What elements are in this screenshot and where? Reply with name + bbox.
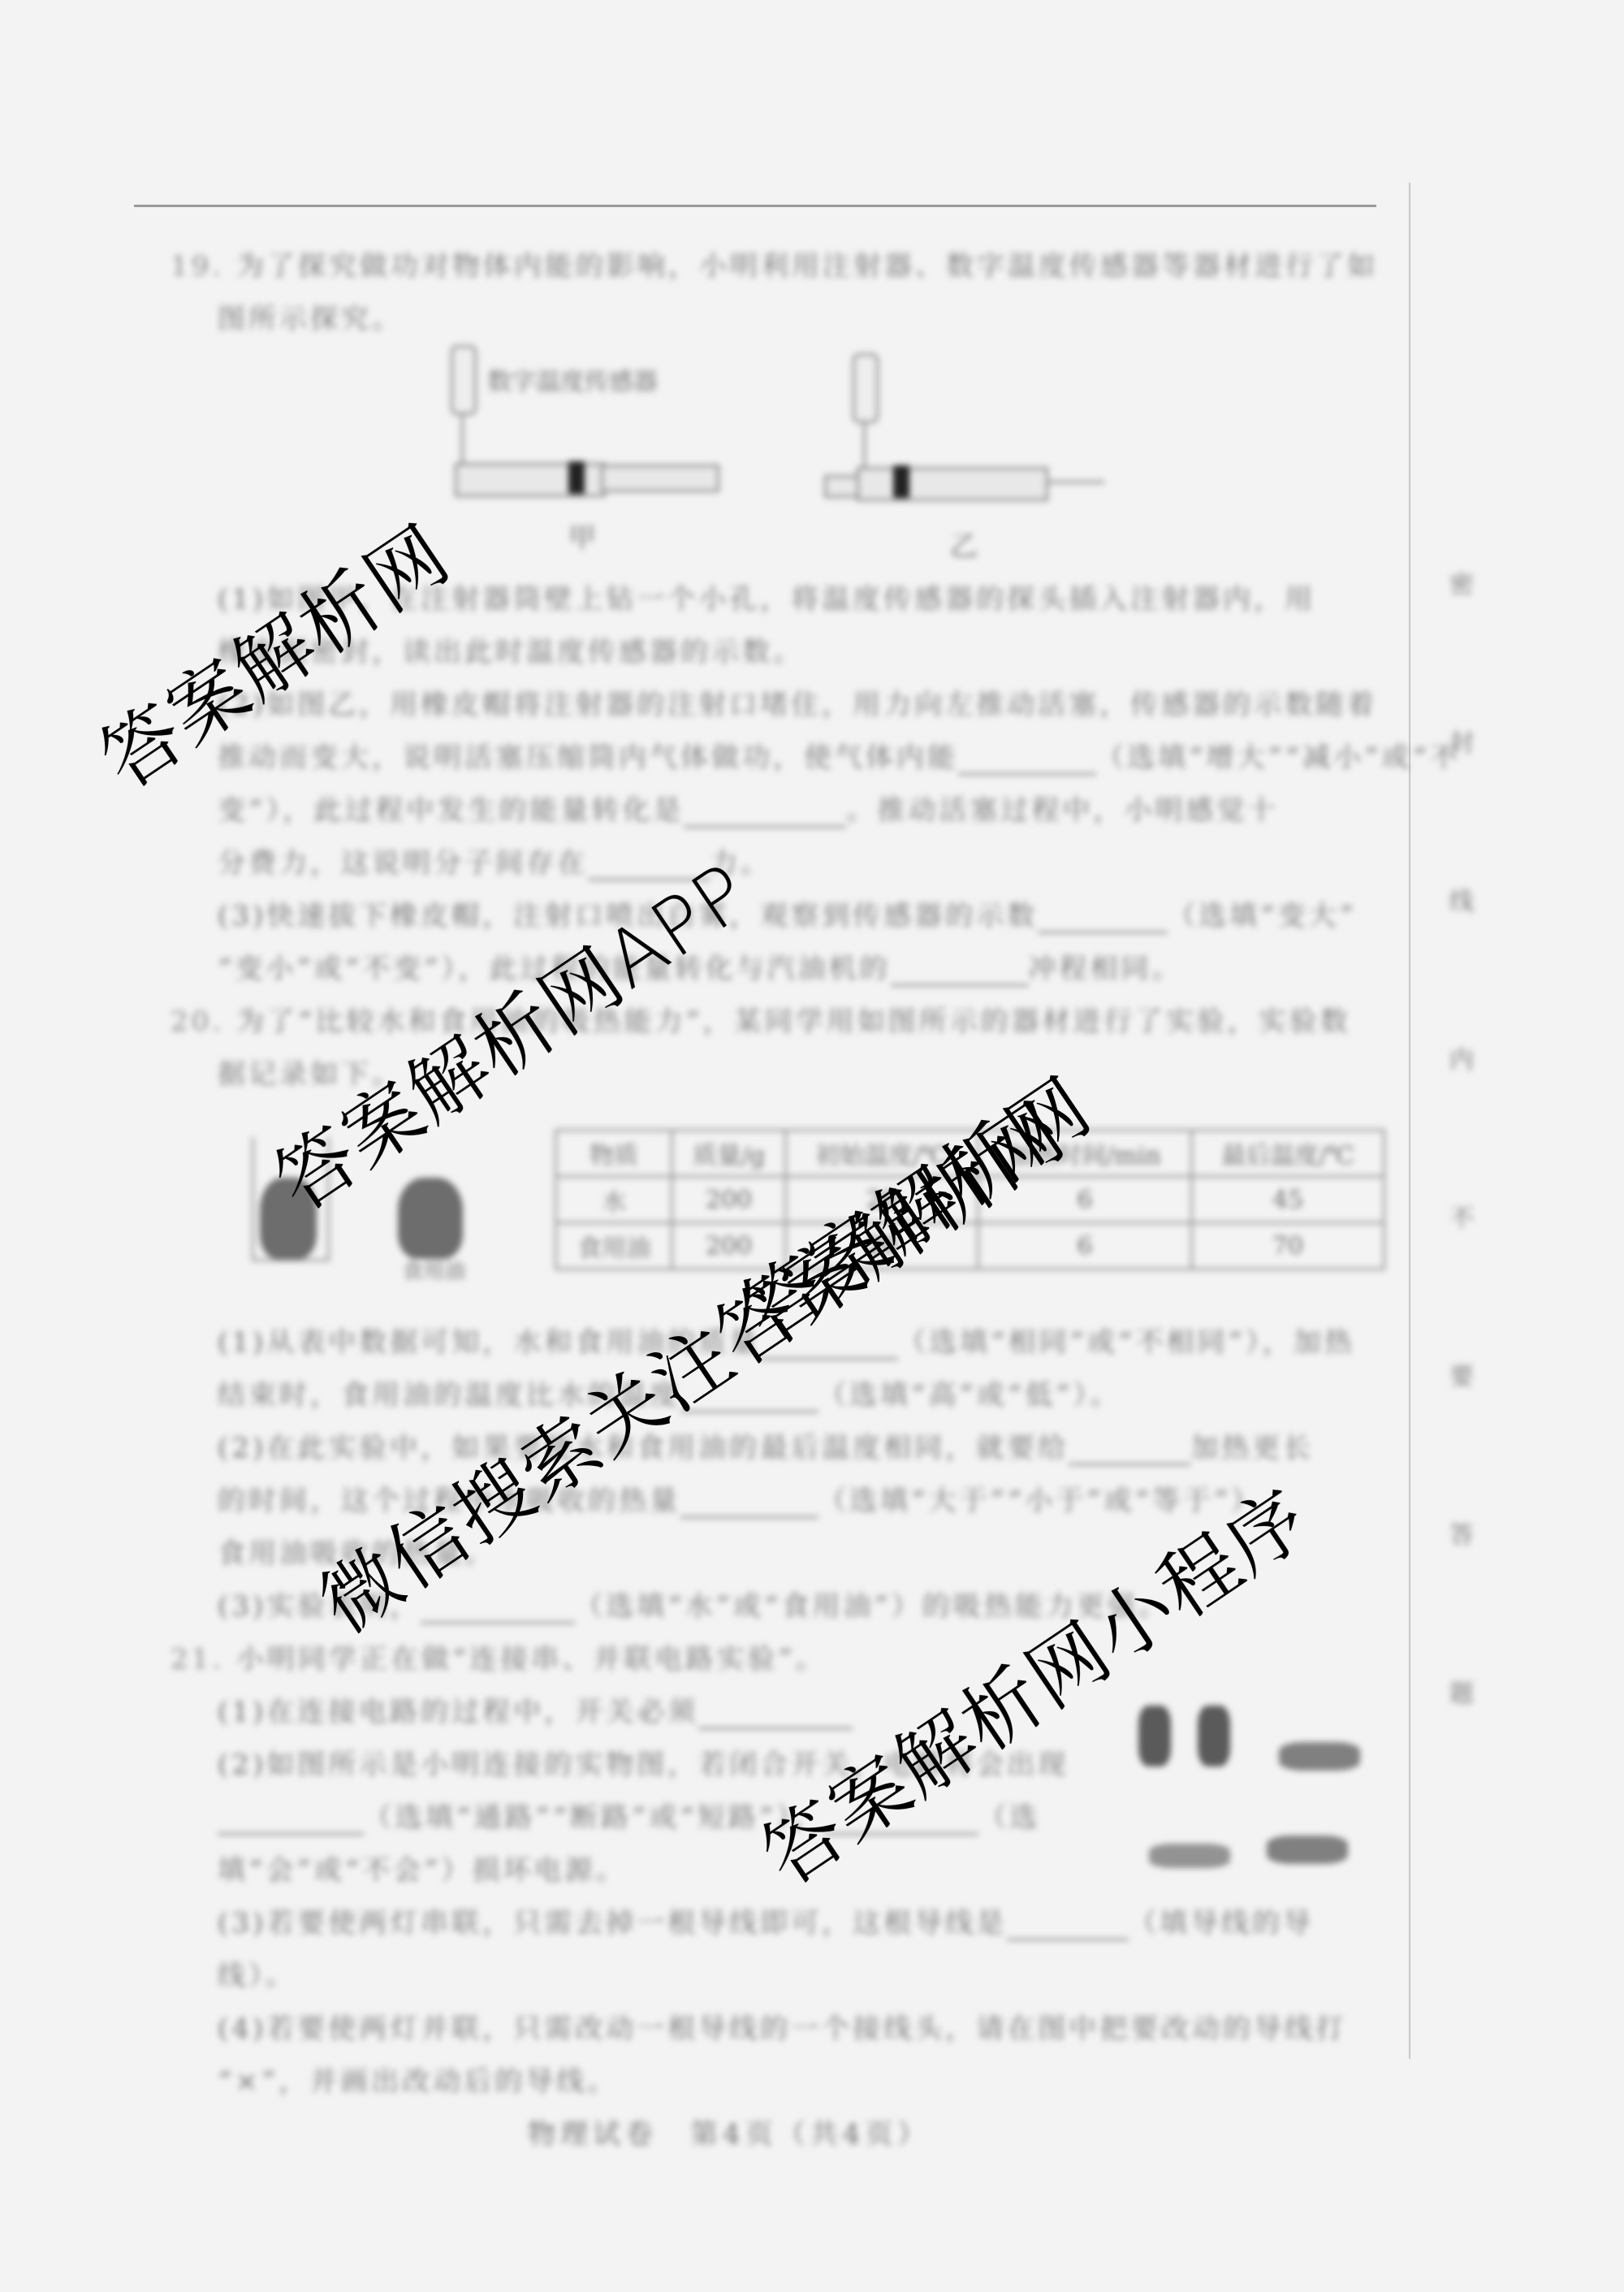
beaker-oil-icon <box>398 1178 463 1259</box>
answer-blank[interactable] <box>1038 907 1168 933</box>
answer-blank[interactable] <box>218 1809 364 1835</box>
bulb-l1-icon <box>1279 1742 1360 1771</box>
figure-label-a: 甲 <box>568 516 596 556</box>
q19-part3: (3)快速拔下橡皮帽，注射口喷出白雾，观察到传感器的示数（选填“变大” <box>218 893 1357 933</box>
bulb-l2-icon <box>1267 1836 1348 1864</box>
q21-part4-cont: “×”，并画出改动后的导线。 <box>218 2059 618 2099</box>
question-number: 19. <box>171 250 224 283</box>
answer-blank[interactable] <box>421 1598 575 1624</box>
circuit-figure <box>1129 1693 1405 1880</box>
answer-blank[interactable] <box>1007 1914 1129 1940</box>
q19-part2-cont: 推动而变大，说明活塞压缩筒内气体做功，使气体内能（选填“增大”“减小”或“不 <box>218 735 1461 775</box>
sensor-label: 数字温度传感器 <box>487 361 658 397</box>
seal-char: 密 <box>1445 564 1478 600</box>
plunger-rod <box>601 465 719 492</box>
temperature-sensor-icon <box>451 345 477 415</box>
answer-blank[interactable] <box>1069 1439 1190 1465</box>
answer-blank[interactable] <box>680 1492 818 1518</box>
temperature-sensor-icon <box>853 353 879 423</box>
piston <box>893 465 909 498</box>
question-number: 21. <box>171 1643 224 1676</box>
seal-char: 内 <box>1445 1040 1478 1075</box>
binding-line <box>1409 183 1410 2059</box>
seal-char: 要 <box>1445 1356 1478 1392</box>
answer-blank[interactable] <box>684 802 846 828</box>
answer-blank[interactable] <box>698 1703 853 1729</box>
q21-part2-cont: 填“会”或“不会”）损坏电源。 <box>218 1848 627 1888</box>
q19-part2-cont: 变”），此过程中发生的能量转化是。推动活塞过程中，小明感觉十 <box>218 788 1278 828</box>
q21-part3: (3)若要使两灯串联，只需去掉一根导线即可，这根导线是（填导线的导 <box>218 1901 1314 1940</box>
top-rule <box>134 205 1376 207</box>
q20-stem: 20. 为了“比较水和食用油的吸热能力”，某同学用如图所示的器材进行了实验，实验… <box>171 999 1351 1039</box>
syringe-figure-b: 乙 <box>812 341 1137 560</box>
q21-part3-cont: 线）。 <box>218 1953 296 1993</box>
battery-icon <box>1138 1706 1171 1767</box>
nozzle <box>1047 481 1104 483</box>
syringe-barrel <box>857 467 1048 501</box>
q21-part1: (1)在连接电路的过程中，开关必须 <box>218 1689 853 1729</box>
q21-stem: 21. 小明同学正在做“连接串、并联电路实验”。 <box>171 1637 827 1676</box>
battery-icon <box>1198 1706 1230 1767</box>
answer-blank[interactable] <box>958 749 1096 775</box>
q19-stem: 19. 为了探究做功对物体内能的影响，小明利用注射器、数字温度传感器等器材进行了… <box>171 244 1378 283</box>
page-footer: 物理试卷 第4页（共4页） <box>528 2112 930 2151</box>
piston <box>568 461 585 494</box>
question-number: 20. <box>171 1005 224 1038</box>
seal-char: 不 <box>1445 1198 1478 1234</box>
syringe-figure-a: 数字温度传感器 甲 <box>422 341 747 560</box>
q20-part2: (2)在此实验中，如果要使水和食用油的最后温度相同，就要给加热更长 <box>218 1425 1314 1465</box>
seal-char: 题 <box>1445 1673 1478 1709</box>
q19-stem-cont: 图所示探究。 <box>218 296 403 336</box>
switch-icon <box>1149 1844 1230 1868</box>
q19-part2: (2)如图乙，用橡皮帽将注射器的注射口堵住，用力向左推动活塞，传感器的示数随着 <box>218 682 1377 722</box>
answer-blank[interactable] <box>891 960 1029 986</box>
q21-part4: (4)若要使两灯并联，只需改动一根导线的一个接线头，请在图中把要改动的导线打 <box>218 2006 1346 2046</box>
figure-label-b: 乙 <box>950 524 978 564</box>
seal-char: 线 <box>1445 881 1478 917</box>
oil-label: 食用油 <box>402 1255 465 1285</box>
seal-char: 答 <box>1445 1515 1478 1550</box>
